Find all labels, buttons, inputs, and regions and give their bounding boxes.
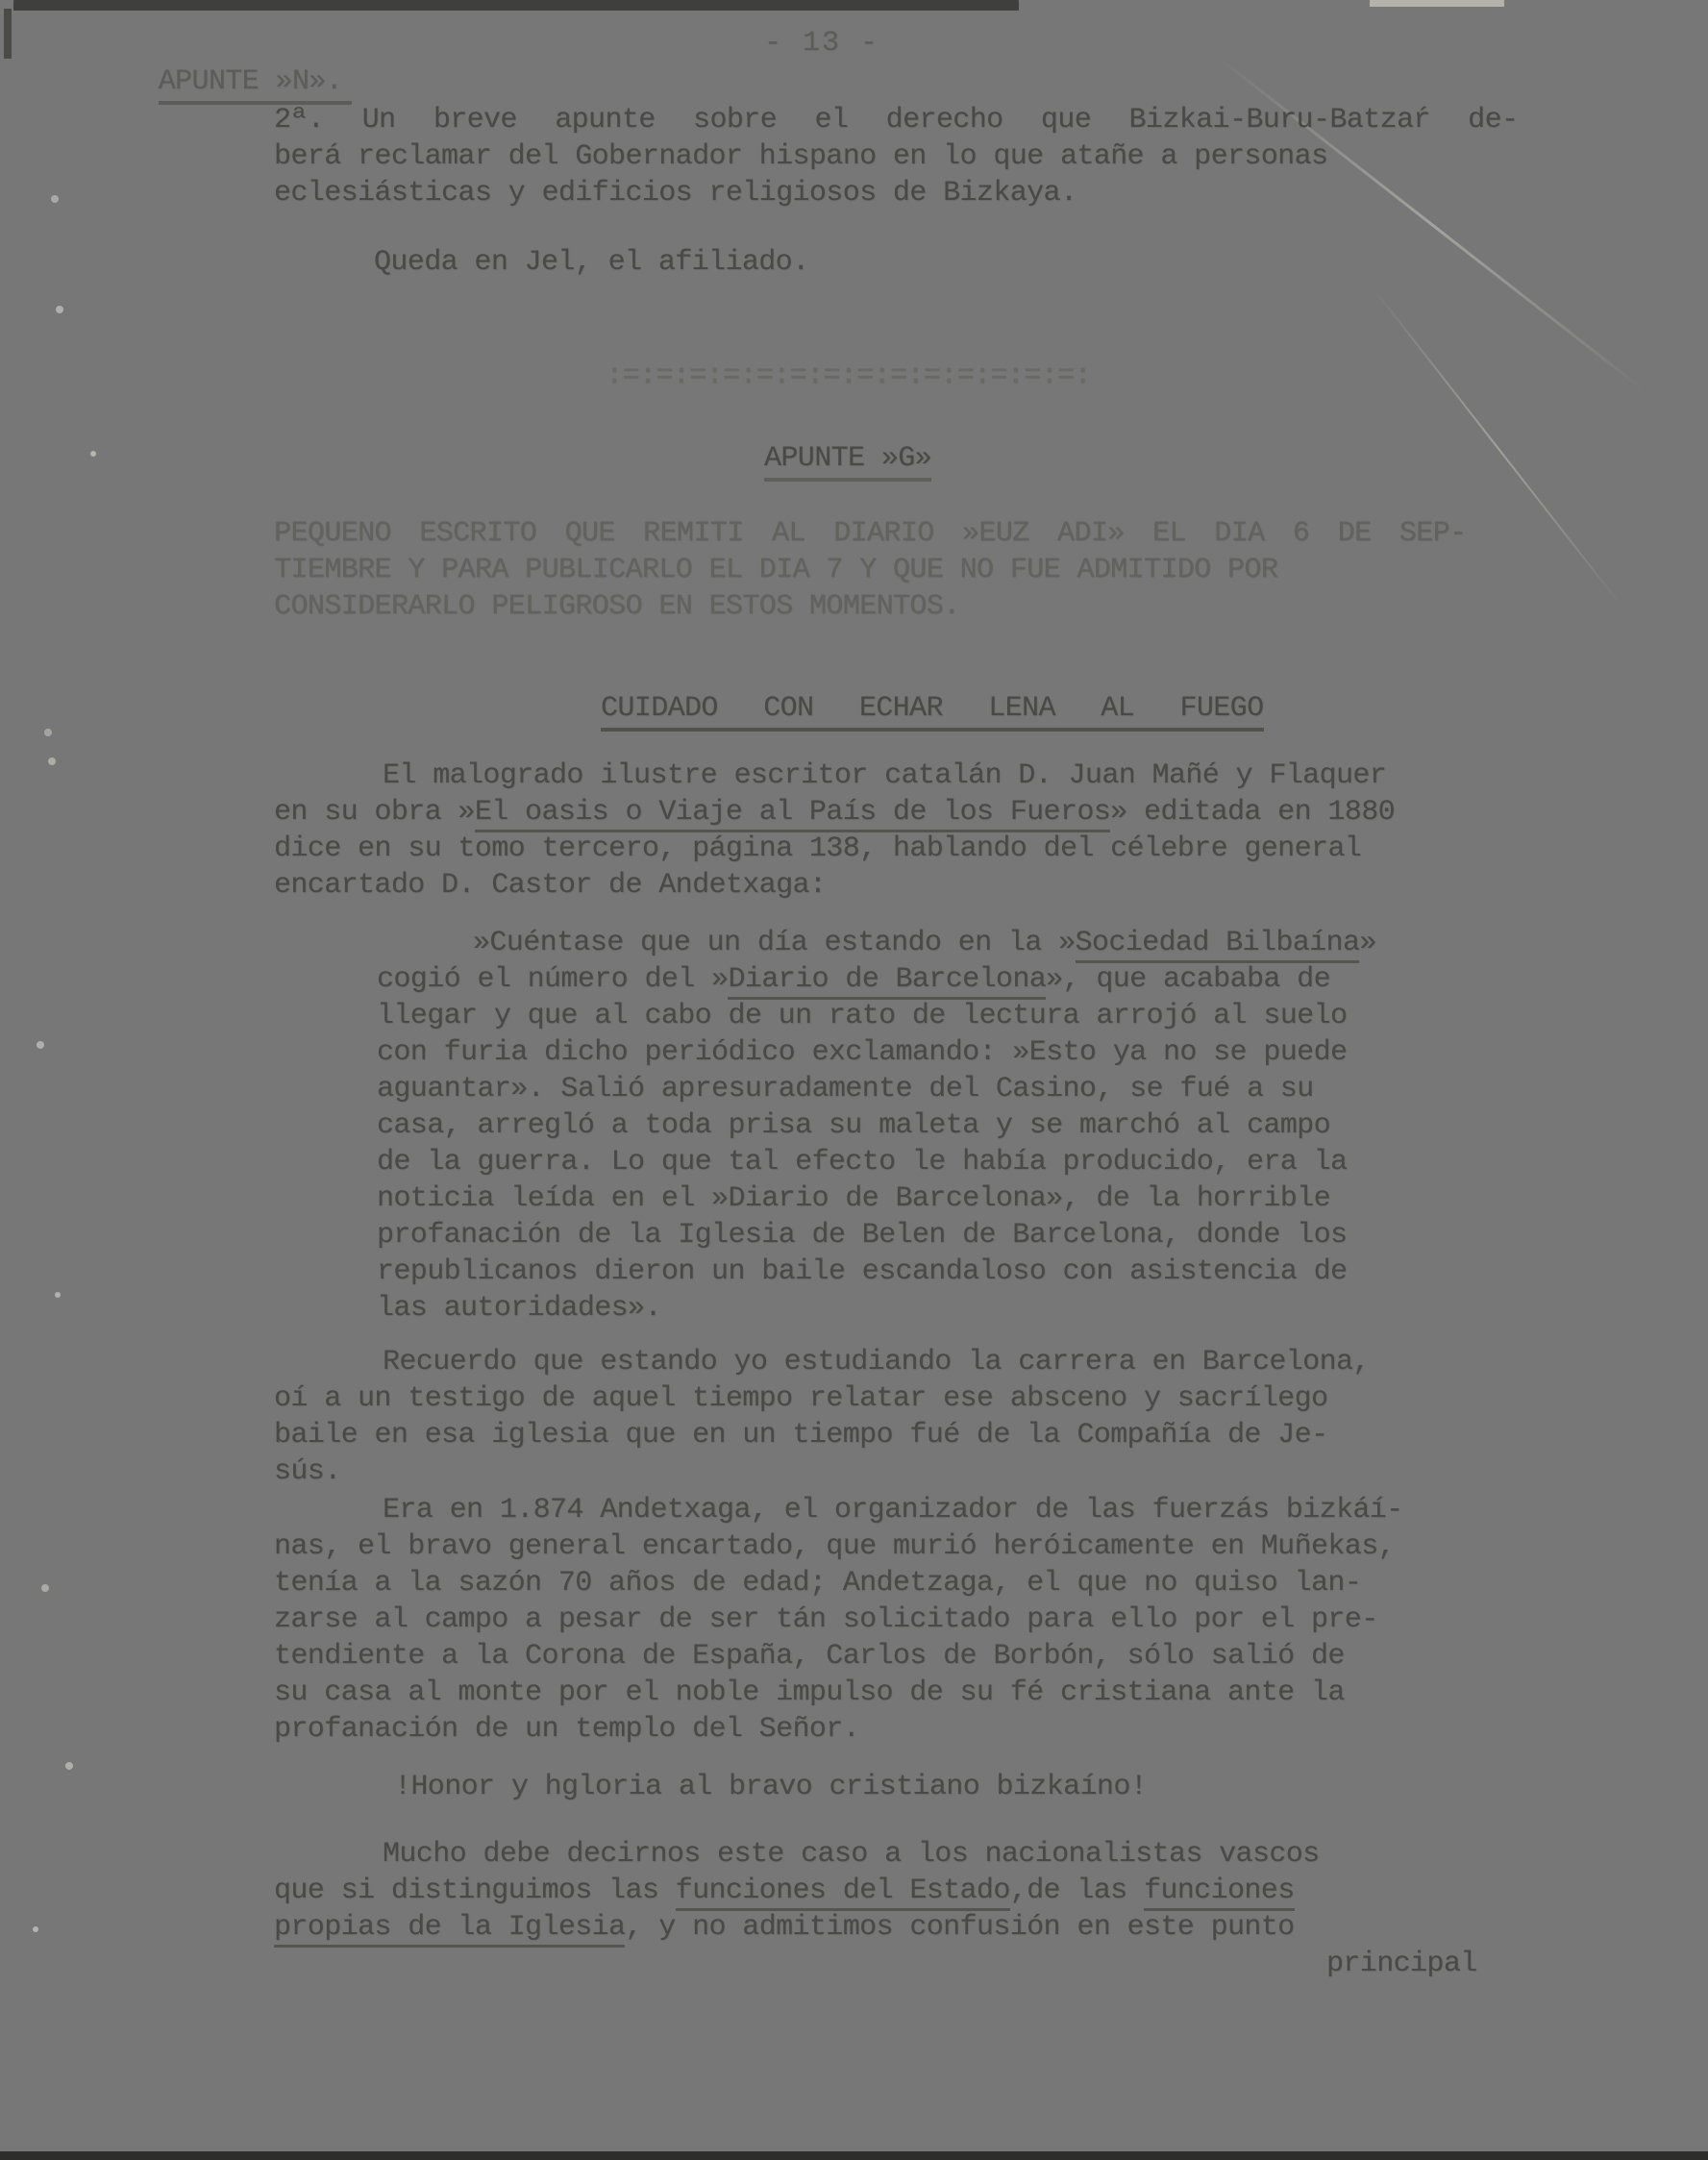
text-line: noticia leída en el »Diario de Barcelona… [377,1180,1376,1217]
text-line: TIEMBRE Y PARA PUBLICARLO EL DIA 7 Y QUE… [274,552,1466,588]
closing-line: Queda en Jel, el afiliado. [374,244,808,281]
recuerdo-paragraph: Recuerdo que estando yo estudiando la ca… [274,1344,1370,1490]
text-segment: » editada en 1880 [1110,796,1395,829]
funciones-estado-underlined: funciones del Estado [676,1874,1010,1911]
scan-artifact-top-right [1370,0,1504,7]
text-line: PEQUENO ESCRITO QUE REMITI AL DIARIO »EU… [274,515,1466,552]
text-segment: , y no admitimos confusión en este punto [625,1911,1294,1944]
scan-specks [0,0,4,4]
article-title: CUIDADO CON ECHAR LENA AL FUEGO [601,692,1264,732]
text-segment: »Cuéntase que un día estando en la » [473,927,1076,959]
article-title-heading: CUIDADO CON ECHAR LENA AL FUEGO [601,690,1264,727]
diario-barcelona-underlined: Diario de Barcelona [728,963,1046,1000]
page-number: - 13 - [764,25,879,62]
text-line: de la guerra. Lo que tal efecto le había… [377,1144,1376,1180]
author-paragraph: El malogrado ilustre escritor catalán D.… [274,757,1395,904]
text-line: que si distinguimos las funciones del Es… [274,1873,1320,1909]
text-line: berá reclamar del Gobernador hispano en … [274,138,1518,175]
text-line: Era en 1.874 Andetxaga, el organizador d… [274,1492,1403,1528]
text-line: tenía a la sazón 70 años de edad; Andetz… [274,1565,1403,1601]
text-segment: » [1359,927,1375,959]
text-line: Recuerdo que estando yo estudiando la ca… [274,1344,1370,1380]
apunte-g-title: APUNTE »G» [764,442,931,482]
text-line: llegar y que al cabo de un rato de lectu… [377,998,1376,1034]
text-line: profanación de la Iglesia de Belen de Ba… [377,1217,1376,1254]
text-line: tendiente a la Corona de España, Carlos … [274,1638,1403,1675]
era-paragraph: Era en 1.874 Andetxaga, el organizador d… [274,1492,1403,1748]
text-line: eclesiásticas y edificios religiosos de … [274,175,1518,211]
text-line: dice en su tomo tercero, página 138, hab… [274,831,1395,867]
final-paragraph: Mucho debe decirnos este caso a los naci… [274,1836,1320,1946]
text-segment: ,de las [1010,1874,1144,1907]
separator-line: :=:=:=:=:=:=:=:=:=:=:=:=:=:=: [606,358,1091,394]
text-line: profanación de un templo del Señor. [274,1711,1403,1748]
text-line: CONSIDERARLO PELIGROSO EN ESTOS MOMENTOS… [274,588,1466,625]
text-line: propias de la Iglesia, y no admitimos co… [274,1909,1320,1946]
scan-artifact-left-edge [4,9,12,59]
text-line: casa, arregló a toda prisa su maleta y s… [377,1107,1376,1144]
intro-paragraph: 2ª. Un breve apunte sobre el derecho que… [274,102,1518,211]
text-line: »Cuéntase que un día estando en la »Soci… [377,925,1376,961]
sociedad-bilbaina-underlined: Sociedad Bilbaína [1076,927,1360,963]
scan-artifact-bottom-strip [0,2151,1708,2160]
scanned-document-page: APUNTE »N». - 13 - 2ª. Un breve apunte s… [0,0,1708,2160]
text-line: nas, el bravo general encartado, que mur… [274,1528,1403,1565]
propias-iglesia-underlined: propias de la Iglesia [274,1911,625,1948]
text-line: aguantar». Salió apresuradamente del Cas… [377,1071,1376,1107]
text-line: baile en esa iglesia que en un tiempo fu… [274,1417,1370,1453]
text-line: en su obra »El oasis o Viaje al País de … [274,794,1395,831]
text-line: principal [1326,1946,1477,1982]
text-line: !Honor y hgloria al bravo cristiano bizk… [394,1769,1147,1805]
text-line: oí a un testigo de aquel tiempo relatar … [274,1380,1370,1417]
scan-artifact-top-strip [13,0,1019,11]
editorial-note: PEQUENO ESCRITO QUE REMITI AL DIARIO »EU… [274,515,1466,625]
catchword: principal [1326,1946,1477,1982]
text-line: sús. [274,1453,1370,1490]
text-line: zarse al campo a pesar de ser tán solici… [274,1601,1403,1638]
text-line: 2ª. Un breve apunte sobre el derecho que… [274,102,1518,138]
honor-exclamation: !Honor y hgloria al bravo cristiano bizk… [394,1769,1147,1805]
text-segment: », que acababa de [1046,963,1330,996]
text-line: Queda en Jel, el afiliado. [374,244,808,281]
text-segment: que si distinguimos las [274,1874,676,1907]
text-line: cogió el número del »Diario de Barcelona… [377,961,1376,998]
text-line: republicanos dieron un baile escandaloso… [377,1254,1376,1290]
text-line: las autoridades». [377,1290,1376,1327]
funciones-underlined: funciones [1144,1874,1295,1911]
text-segment: en su obra » [274,796,475,829]
text-line: su casa al monte por el noble impulso de… [274,1675,1403,1711]
text-line: El malogrado ilustre escritor catalán D.… [274,757,1395,794]
text-line: con furia dicho periódico exclamando: »E… [377,1034,1376,1071]
block-quote: »Cuéntase que un día estando en la »Soci… [377,925,1376,1327]
apunte-g-heading: APUNTE »G» [764,440,931,477]
text-segment: cogió el número del » [377,963,728,996]
text-line: Mucho debe decirnos este caso a los naci… [274,1836,1320,1873]
text-line: encartado D. Castor de Andetxaga: [274,867,1395,904]
book-title-underlined: El oasis o Viaje al País de los Fueros [475,796,1110,832]
section-separator: :=:=:=:=:=:=:=:=:=:=:=:=:=:=: [606,358,1091,394]
apunte-n-label: APUNTE »N». [159,65,352,105]
